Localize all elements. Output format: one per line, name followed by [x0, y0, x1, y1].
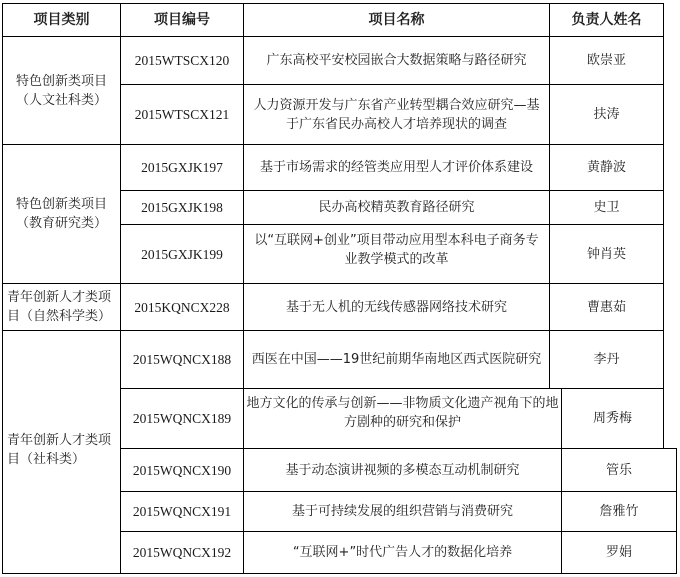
project-code: 2015WTSCX120	[120, 36, 244, 85]
project-code: 2015WQNCX189	[120, 388, 244, 449]
category-cell: 青年创新人才类项目（社科类）	[2, 330, 121, 574]
header-leader: 负责人姓名	[549, 3, 664, 37]
project-code: 2015GXJK197	[120, 144, 244, 191]
category-cell: 特色创新类项目（教育研究类）	[2, 144, 121, 284]
project-code: 2015WQNCX191	[120, 491, 244, 532]
project-code: 2015KQNCX228	[120, 283, 244, 331]
project-name: 人力资源开发与广东省产业转型耦合效应研究—基于广东省民办高校人才培养现状的调查	[243, 84, 550, 145]
header-code: 项目编号	[120, 3, 244, 37]
project-leader: 周秀梅	[561, 388, 664, 449]
project-name: 基于无人机的无线传感器网络技术研究	[243, 283, 550, 331]
project-name: 基于市场需求的经管类应用型人才评价体系建设	[243, 144, 550, 191]
project-code: 2015WQNCX190	[120, 448, 244, 492]
project-name: 以“互联网+创业”项目带动应用型本科电子商务专业教学模式的改革	[243, 224, 550, 284]
project-code: 2015WQNCX192	[120, 531, 244, 574]
project-leader: 詹雅竹	[561, 491, 677, 532]
project-code: 2015GXJK199	[120, 224, 244, 284]
project-name: 民办高校精英教育路径研究	[243, 190, 550, 225]
project-name: 基于动态演讲视频的多模态互动机制研究	[243, 448, 562, 492]
project-leader: 扶涛	[549, 84, 664, 145]
project-leader: 黄静波	[549, 144, 664, 191]
project-leader: 钟肖英	[549, 224, 664, 284]
project-leader: 史卫	[549, 190, 664, 225]
project-leader: 罗娟	[561, 531, 677, 574]
category-cell: 青年创新人才类项目（自然科学类）	[2, 283, 121, 331]
project-leader: 欧崇亚	[549, 36, 664, 85]
project-name: 西医在中国——19世纪前期华南地区西式医院研究	[243, 330, 550, 389]
project-name: “互联网+”时代广告人才的数据化培养	[243, 531, 562, 574]
project-code: 2015GXJK198	[120, 190, 244, 225]
project-leader: 管乐	[561, 448, 677, 492]
category-cell: 特色创新类项目（人文社科类）	[2, 36, 121, 145]
project-name: 地方文化的传承与创新——非物质文化遗产视角下的地方剧种的研究和保护	[243, 388, 562, 449]
header-name: 项目名称	[243, 3, 550, 37]
project-code: 2015WTSCX121	[120, 84, 244, 145]
project-code: 2015WQNCX188	[120, 330, 244, 389]
project-name: 基于可持续发展的组织营销与消费研究	[243, 491, 562, 532]
project-name: 广东高校平安校园嵌合大数据策略与路径研究	[243, 36, 550, 85]
header-category: 项目类别	[2, 3, 121, 37]
project-leader: 李丹	[549, 330, 664, 389]
project-leader: 曹惠茹	[549, 283, 664, 331]
